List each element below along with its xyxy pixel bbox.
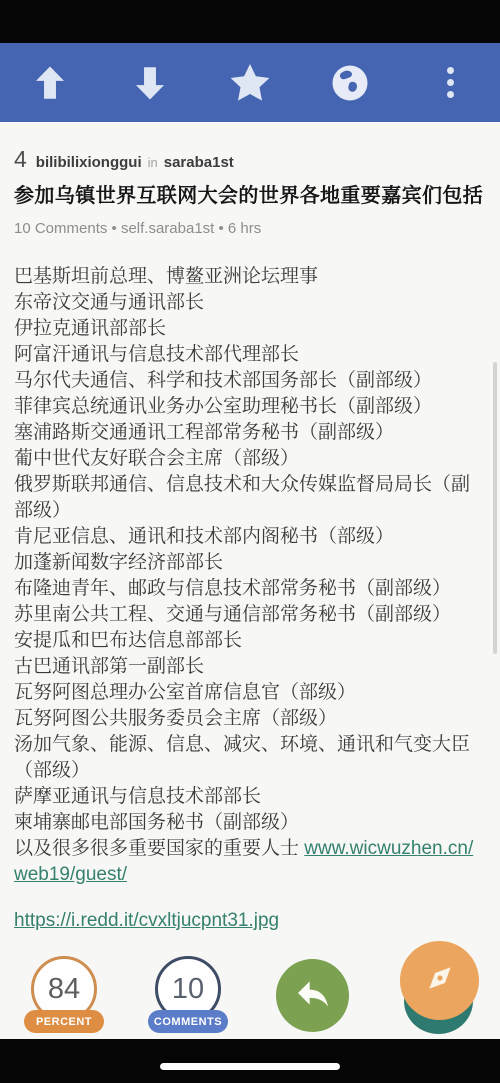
fab-main-circle [400, 941, 479, 1020]
body-line: 柬埔寨邮电部国务秘书（副部级） [14, 810, 486, 836]
body-line: 马尔代夫通信、科学和技术部国务部长（副部级） [14, 368, 486, 394]
upvote-button[interactable] [0, 43, 100, 122]
back-button[interactable] [276, 959, 349, 1032]
app-screen: 4 bilibilixionggui in saraba1st 参加乌镇世界互联… [0, 0, 500, 1083]
status-bar [0, 0, 500, 43]
post-subreddit[interactable]: saraba1st [164, 154, 234, 171]
globe-icon [329, 62, 371, 104]
image-link-line: https://i.redd.it/cvxltjucpnt31.jpg [14, 908, 486, 934]
comments-pill-label: COMMENTS [148, 1010, 228, 1033]
body-line-with-link: 以及很多很多重要国家的重要人士 www.wicwuzhen.cn/web19/g… [14, 836, 486, 888]
save-button[interactable] [200, 43, 300, 122]
body-line: 菲律宾总统通讯业务办公室助理秘书长（副部级） [14, 394, 486, 420]
post-content: 4 bilibilixionggui in saraba1st 参加乌镇世界互联… [0, 122, 500, 934]
comments-count-badge[interactable]: 10 COMMENTS [146, 956, 230, 1033]
post-score: 4 [14, 146, 27, 173]
body-line: 加蓬新闻数字经济部部长 [14, 550, 486, 576]
body-line: 肯尼亚信息、通讯和技术部内阁秘书（部级） [14, 524, 486, 550]
body-line: 葡中世代友好联合会主席（部级） [14, 446, 486, 472]
post-action-toolbar [0, 43, 500, 122]
body-line: 瓦努阿图公共服务委员会主席（部级） [14, 706, 486, 732]
body-line: 布隆迪青年、邮政与信息技术部常务秘书（副部级） [14, 576, 486, 602]
image-link[interactable]: https://i.redd.it/cvxltjucpnt31.jpg [14, 910, 279, 931]
upvote-icon [29, 62, 71, 104]
post-meta: 10 Comments • self.saraba1st • 6 hrs [14, 220, 486, 237]
star-icon [226, 59, 274, 107]
overflow-menu-icon [447, 67, 454, 98]
overflow-menu-button[interactable] [400, 43, 500, 122]
body-line: 俄罗斯联邦通信、信息技术和大众传媒监督局局长（副部级） [14, 472, 486, 524]
body-line: 塞浦路斯交通通讯工程部常务秘书（副部级） [14, 420, 486, 446]
in-label: in [148, 155, 158, 170]
upvote-percent-badge[interactable]: 84 PERCENT [22, 956, 106, 1033]
post-body-text: 巴基斯坦前总理、博鳌亚洲论坛理事 东帝汶交通与通讯部长 伊拉克通讯部部长 阿富汗… [14, 264, 486, 934]
body-line: 汤加气象、能源、信息、减灾、环境、通讯和气变大臣（部级） [14, 732, 486, 784]
more-guests-text: 以及很多很多重要国家的重要人士 [14, 838, 304, 859]
body-line: 苏里南公共工程、交通与通信部常务秘书（副部级） [14, 602, 486, 628]
body-line: 瓦努阿图总理办公室首席信息官（部级） [14, 680, 486, 706]
open-in-browser-button[interactable] [300, 43, 400, 122]
body-line: 安提瓜和巴布达信息部部长 [14, 628, 486, 654]
percent-value: 84 [48, 973, 80, 1006]
post-title: 参加乌镇世界互联网大会的世界各地重要嘉宾们包括 [14, 183, 486, 210]
post-author[interactable]: bilibilixionggui [36, 154, 142, 171]
reply-back-arrow-icon [293, 973, 333, 1018]
bottom-nav-bar [0, 1039, 500, 1083]
body-line: 阿富汗通讯与信息技术部代理部长 [14, 342, 486, 368]
post-header: 4 bilibilixionggui in saraba1st [14, 146, 486, 173]
downvote-icon [129, 62, 171, 104]
body-line: 东帝汶交通与通讯部长 [14, 290, 486, 316]
compass-fab[interactable] [400, 941, 481, 1034]
body-line: 巴基斯坦前总理、博鳌亚洲论坛理事 [14, 264, 486, 290]
comments-value: 10 [172, 973, 204, 1006]
percent-pill-label: PERCENT [24, 1010, 104, 1033]
compass-needle-icon [416, 954, 464, 1007]
scrollbar-thumb[interactable] [493, 362, 497, 654]
body-line: 古巴通讯部第一副部长 [14, 654, 486, 680]
body-line: 萨摩亚通讯与信息技术部部长 [14, 784, 486, 810]
home-indicator[interactable] [160, 1063, 340, 1070]
body-line: 伊拉克通讯部部长 [14, 316, 486, 342]
downvote-button[interactable] [100, 43, 200, 122]
